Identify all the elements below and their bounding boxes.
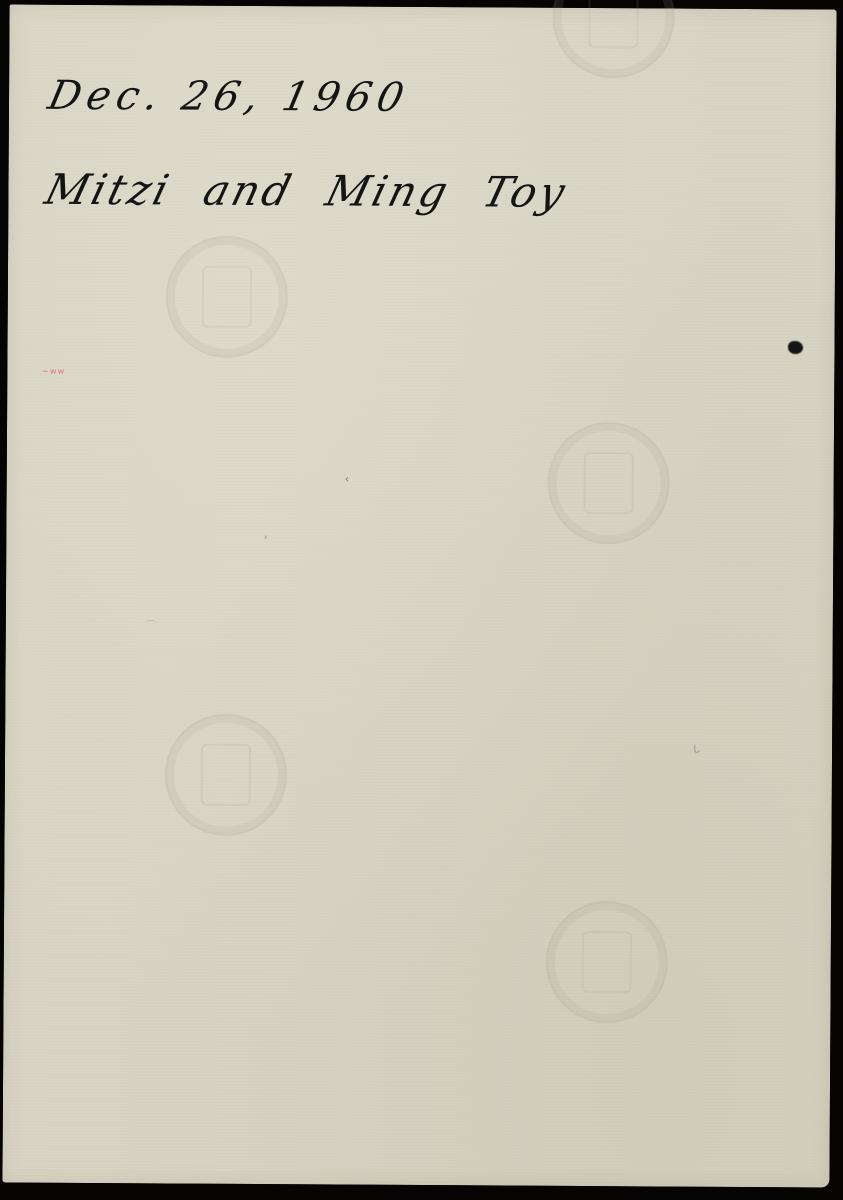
handwritten-caption: Mitzi and Ming Toy — [40, 165, 573, 217]
handwritten-date: Dec. 26, 1960 — [44, 73, 414, 121]
watermark-stamp — [165, 235, 288, 358]
watermark-stamp — [552, 0, 675, 79]
paper-speck: ʾ — [264, 534, 267, 547]
watermark-stamp — [545, 901, 668, 1024]
ink-dot — [788, 341, 803, 354]
watermark-stamp — [165, 713, 288, 836]
paper-speck: ‹ — [345, 473, 349, 486]
photo-back-paper: Dec. 26, 1960 Mitzi and Ming Toy ~ww ‹ ʾ… — [2, 4, 836, 1187]
red-ink-mark: ~ww — [42, 367, 65, 376]
paper-speck: ᒐ — [693, 743, 700, 756]
watermark-stamp — [547, 422, 670, 545]
paper-speck: ⌒ — [146, 617, 157, 633]
